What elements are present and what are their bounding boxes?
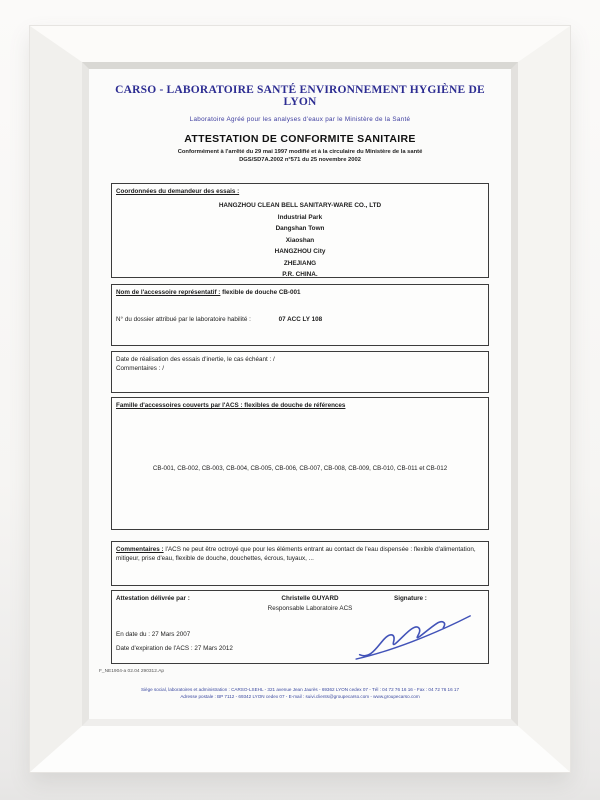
applicant-line: Xiaoshan [116, 235, 484, 247]
tests-comment-line: Commentaires : / [116, 364, 484, 373]
comments-label: Commentaires : [116, 546, 164, 553]
accessory-name-line: Nom de l'accessoire représentatif : flex… [116, 288, 484, 297]
picture-frame: CARSO - LABORATOIRE SANTÉ ENVIRONNEMENT … [30, 26, 570, 772]
footer-address: Siège social, laboratoires et administra… [103, 686, 497, 701]
dossier-line: N° du dossier attribué par le laboratoir… [116, 315, 484, 324]
tests-date-line: Date de réalisation des essais d'inertie… [116, 355, 484, 364]
applicant-address: HANGZHOU CLEAN BELL SANITARY-WARE CO., L… [116, 200, 484, 281]
applicant-line: HANGZHOU CLEAN BELL SANITARY-WARE CO., L… [116, 200, 484, 212]
applicant-line: Dangshan Town [116, 223, 484, 235]
applicant-line: HANGZHOU City [116, 246, 484, 258]
issuer-role: Responsable Laboratoire ACS [226, 604, 394, 614]
family-label: Famille d'accessoires couverts par l'ACS… [116, 402, 345, 409]
accessory-box: Nom de l'accessoire représentatif : flex… [111, 284, 489, 346]
applicant-box: Coordonnées du demandeur des essais : HA… [111, 183, 489, 278]
issuer-name: Christelle GUYARD [226, 594, 394, 604]
comments-box: Commentaires : l'ACS ne peut être octroy… [111, 541, 489, 586]
frame-inner-lip: CARSO - LABORATOIRE SANTÉ ENVIRONNEMENT … [82, 62, 518, 726]
comments-text: l'ACS ne peut être octroyé que pour les … [116, 546, 476, 562]
family-box: Famille d'accessoires couverts par l'ACS… [111, 397, 489, 530]
document-title: ATTESTATION DE CONFORMITE SANITAIRE [89, 133, 511, 145]
issuance-box: Attestation délivrée par : Christelle GU… [111, 590, 489, 664]
title-sub-line2: DGS/SD7A.2002 n°571 du 25 novembre 2002 [239, 157, 361, 163]
tests-box: Date de réalisation des essais d'inertie… [111, 351, 489, 393]
applicant-label: Coordonnées du demandeur des essais : [116, 188, 239, 195]
applicant-line: P.R. CHINA. [116, 269, 484, 281]
title-sub-line1: Conformément à l'arrêté du 29 mai 1997 m… [178, 149, 423, 155]
applicant-line: Industrial Park [116, 212, 484, 224]
signature-label: Signature : [394, 594, 484, 603]
family-references: CB-001, CB-002, CB-003, CB-004, CB-005, … [116, 465, 484, 474]
accessory-name-value: flexible de douche CB-001 [222, 289, 300, 296]
dossier-label: N° du dossier attribué par le laboratoir… [116, 316, 251, 323]
document-reference-code: F_NE1904-a 02.04 290312.Ap [99, 669, 164, 674]
handwritten-signature [346, 606, 480, 665]
accessory-name-label: Nom de l'accessoire représentatif : [116, 289, 220, 296]
org-title: CARSO - LABORATOIRE SANTÉ ENVIRONNEMENT … [111, 84, 489, 108]
applicant-line: ZHEJIANG [116, 258, 484, 270]
dossier-number: 07 ACC LY 108 [279, 316, 323, 323]
issuer-identity: Christelle GUYARD Responsable Laboratoir… [226, 594, 394, 614]
footer-line2: Adresse postale : BP 7112 - 69342 LYON c… [103, 693, 497, 700]
document-title-subtext: Conformément à l'arrêté du 29 mai 1997 m… [129, 148, 471, 165]
issued-by-label: Attestation délivrée par : [116, 594, 226, 603]
certificate-document: CARSO - LABORATOIRE SANTÉ ENVIRONNEMENT … [89, 69, 511, 719]
signature-scribble-icon [346, 606, 480, 665]
footer-line1: Siège social, laboratoires et administra… [103, 686, 497, 693]
org-subtitle: Laboratoire Agréé pour les analyses d'ea… [111, 116, 489, 123]
